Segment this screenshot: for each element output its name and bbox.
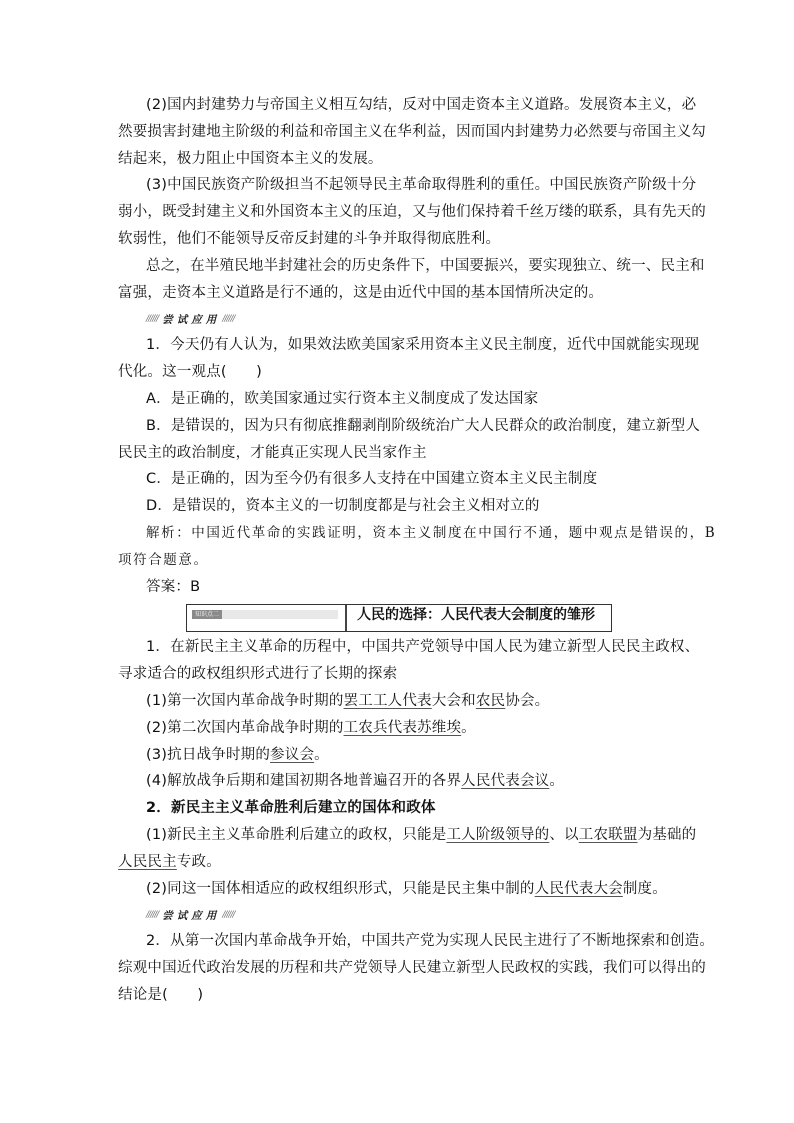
knowledge-content: 1．在新民主主义革命的历程中，中国共产党领导中国人民为建立新型人民民主政权、 寻… [118, 634, 678, 902]
underlined-term: 罢工工人代表 [344, 693, 432, 709]
text-line: (2)国内封建势力与帝国主义相互勾结，反对中国走资本主义道路。发展资本主义，必 [118, 92, 678, 119]
text-line: (3)中国民族资产阶级担当不起领导民主革命取得胜利的重任。中国民族资产阶级十分 [118, 172, 678, 199]
underlined-term: 农民 [476, 693, 505, 709]
question-stem: 结论是( ) [118, 982, 678, 1009]
decorative-slashes-left: ////// [146, 314, 158, 324]
text-line: 然要损害封建地主阶级的利益和帝国主义在华利益，因而国内封建势力必然要与帝国主义勾 [118, 119, 678, 146]
document-page: (2)国内封建势力与帝国主义相互勾结，反对中国走资本主义道路。发展资本主义，必 … [118, 92, 678, 1009]
sub-item-6: (2)同这一国体相适应的政权组织形式，只能是民主集中制的人民代表大会制度。 [118, 876, 678, 903]
option-c: C．是正确的，因为至今仍有很多人支持在中国建立资本主义民主制度 [118, 466, 678, 493]
sub-item-5-cont: 人民民主专政。 [118, 849, 678, 876]
paragraph-feudal-forces: (2)国内封建势力与帝国主义相互勾结，反对中国走资本主义道路。发展资本主义，必 … [118, 92, 678, 172]
try-apply-header: ////// 尝试应用 ////// [118, 306, 678, 332]
underlined-term: 人民民主 [118, 854, 177, 870]
knowledge-point-tag: 知识点二 [192, 610, 222, 619]
option-b: B．是错误的，因为只有彻底推翻剥削阶级统治广大人民群众的政治制度，建立新型人 [118, 413, 678, 440]
paragraph-summary: 总之，在半殖民地半封建社会的历史条件下，中国要振兴，要实现独立、统一、民主和 富… [118, 253, 678, 307]
underlined-term: 参议会 [270, 747, 314, 763]
knowledge-point-box: 知识点二 人民的选择：人民代表大会制度的雏形 [186, 604, 612, 632]
underlined-term: 人民代表大会 [535, 881, 623, 897]
underlined-term: 工农兵代表苏维埃 [344, 720, 462, 736]
knowledge-point-title: 人民的选择：人民代表大会制度的雏形 [347, 605, 611, 631]
try-apply-header-2: ////// 尝试应用 ////// [118, 902, 678, 928]
text-line: 结起来，极力阻止中国资本主义的发展。 [118, 146, 678, 173]
decorative-slashes-right: ////// [222, 314, 234, 324]
knowledge-point-tag-cell: 知识点二 [187, 605, 347, 631]
item-1-cont: 寻求适合的政权组织形式进行了长期的探索 [118, 661, 678, 688]
option-d: D．是错误的，资本主义的一切制度都是与社会主义相对立的 [118, 493, 678, 520]
sub-item-5: (1)新民主主义革命胜利后建立的政权，只能是工人阶级领导的、以工农联盟为基础的 [118, 822, 678, 849]
decorative-slashes-left: ////// [146, 910, 158, 920]
try-apply-label: 尝试应用 [162, 908, 220, 923]
sub-item-3: (3)抗日战争时期的参议会。 [118, 742, 678, 769]
item-2: 2．新民主主义革命胜利后建立的国体和政体 [118, 795, 678, 822]
text-line: 软弱性，他们不能领导反帝反封建的斗争并取得彻底胜利。 [118, 226, 678, 253]
question-stem: 1．今天仍有人认为，如果效法欧美国家采用资本主义民主制度，近代中国就能实现现 [118, 332, 678, 359]
sub-item-4: (4)解放战争后期和建国初期各地普遍召开的各界人民代表会议。 [118, 768, 678, 795]
paragraph-bourgeoisie: (3)中国民族资产阶级担当不起领导民主革命取得胜利的重任。中国民族资产阶级十分 … [118, 172, 678, 252]
question-2: 2．从第一次国内革命战争开始，中国共产党为实现人民民主进行了不断地探索和创造。 … [118, 928, 678, 1008]
sub-item-1: (1)第一次国内革命战争时期的罢工工人代表大会和农民协会。 [118, 688, 678, 715]
question-stem: 综观中国近代政治发展的历程和共产党领导人民建立新型人民政权的实践，我们可以得出的 [118, 955, 678, 982]
text-line: 富强，走资本主义道路是行不通的，这是由近代中国的基本国情所决定的。 [118, 280, 678, 307]
text-line: 总之，在半殖民地半封建社会的历史条件下，中国要振兴，要实现独立、统一、民主和 [118, 253, 678, 280]
underlined-term: 工人阶级领导的 [446, 827, 549, 843]
analysis-text: 项符合题意。 [118, 547, 678, 574]
underlined-term: 人民代表会议 [461, 773, 549, 789]
option-b-cont: 民民主的政治制度，才能真正实现人民当家作主 [118, 440, 678, 467]
try-apply-label: 尝试应用 [162, 312, 220, 327]
sub-item-2: (2)第二次国内革命战争时期的工农兵代表苏维埃。 [118, 715, 678, 742]
decorative-slashes-right: ////// [222, 910, 234, 920]
question-stem: 2．从第一次国内革命战争开始，中国共产党为实现人民民主进行了不断地探索和创造。 [118, 928, 678, 955]
analysis-text: 解析：中国近代革命的实践证明，资本主义制度在中国行不通，题中观点是错误的，B [118, 520, 678, 547]
question-1: 1．今天仍有人认为，如果效法欧美国家采用资本主义民主制度，近代中国就能实现现 代… [118, 332, 678, 600]
question-stem: 代化。这一观点( ) [118, 359, 678, 386]
answer-text: 答案：B [118, 574, 678, 601]
option-a: A．是正确的，欧美国家通过实行资本主义制度成了发达国家 [118, 386, 678, 413]
underlined-term: 工农联盟 [579, 827, 638, 843]
knowledge-point-banner: 知识点二 [192, 610, 338, 619]
text-line: 弱小，既受封建主义和外国资本主义的压迫，又与他们保持着千丝万缕的联系，具有先天的 [118, 199, 678, 226]
item-1: 1．在新民主主义革命的历程中，中国共产党领导中国人民为建立新型人民民主政权、 [118, 634, 678, 661]
